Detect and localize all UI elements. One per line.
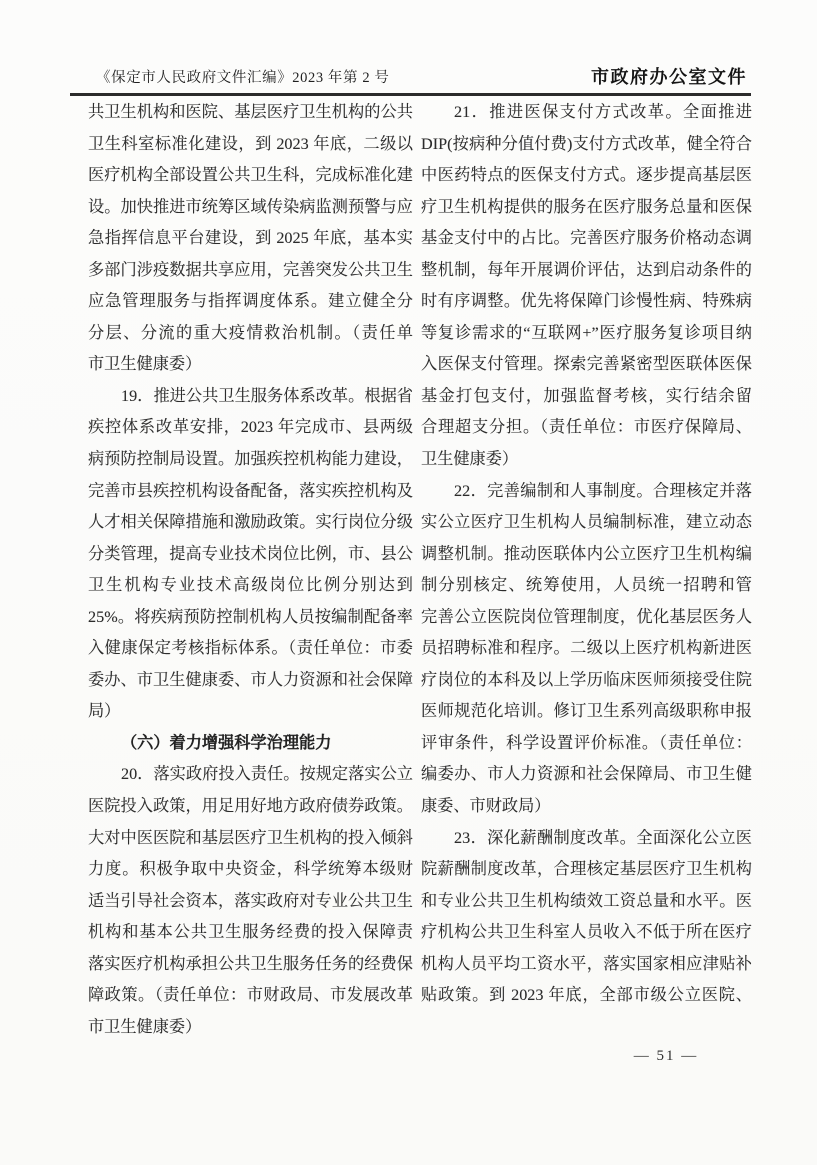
text-line: 编委办、市人力资源和社会保障局、市卫生健 (421, 759, 752, 791)
text-line: DIP(按病种分值付费)支付方式改革，健全符合 (421, 129, 752, 161)
text-line: 员招聘标准和程序。二级以上医疗机构新进医 (421, 633, 752, 665)
text-line: 入医保支付管理。探索完善紧密型医联体医保 (421, 349, 752, 381)
text-line: 等复诊需求的“互联网+”医疗服务复诊项目纳 (421, 318, 752, 350)
text-line: 中医药特点的医保支付方式。逐步提高基层医 (421, 160, 752, 192)
text-line: 21．推进医保支付方式改革。全面推进 (421, 97, 752, 129)
text-line: 大对中医医院和基层医疗卫生机构的投入倾斜 (88, 823, 413, 855)
text-line: 机构人员平均工资水平，落实国家相应津贴补 (421, 949, 752, 981)
right-column: 21．推进医保支付方式改革。全面推进DIP(按病种分值付费)支付方式改革，健全符… (421, 97, 752, 1012)
text-line: 落实医疗机构承担公共卫生服务任务的经费保 (88, 949, 413, 981)
text-line: 合理超支分担。（责任单位：市医疗保障局、市 (421, 412, 752, 444)
text-line: 分层、分流的重大疫情救治机制。（责任单位： (88, 318, 413, 350)
text-line: 完善公立医院岗位管理制度，优化基层医务人 (421, 602, 752, 634)
text-line: 调整机制。推动医联体内公立医疗卫生机构编 (421, 539, 752, 571)
left-column: 共卫生机构和医院、基层医疗卫生机构的公共卫生科室标准化建设，到 2023 年底，… (88, 97, 413, 1043)
section-heading: （六）着力增强科学治理能力 (88, 728, 413, 760)
header-document-type: 市政府办公室文件 (591, 63, 747, 89)
text-line: 局） (88, 696, 413, 728)
text-line: 制分别核定、统筹使用，人员统一招聘和管理。 (421, 570, 752, 602)
text-line: 时有序调整。优先将保障门诊慢性病、特殊病 (421, 286, 752, 318)
text-line: 分类管理，提高专业技术岗位比例，市、县公共 (88, 539, 413, 571)
text-line: 23．深化薪酬制度改革。全面深化公立医 (421, 823, 752, 855)
text-line: 医院投入政策，用足用好地方政府债券政策。加 (88, 791, 413, 823)
text-line: 康委、市财政局） (421, 791, 752, 823)
text-line: 卫生机构专业技术高级岗位比例分别达到 35%、 (88, 570, 413, 602)
text-line: 应急管理服务与指挥调度体系。建立健全分级、 (88, 286, 413, 318)
text-line: 贴政策。到 2023 年底，全部市级公立医院、50% (421, 980, 752, 1012)
text-line: 人才相关保障措施和激励政策。实行岗位分级 (88, 507, 413, 539)
text-line: 疗岗位的本科及以上学历临床医师须接受住院 (421, 665, 752, 697)
text-line: 基金打包支付，加强监督考核，实行结余留用、 (421, 381, 752, 413)
text-line: 疗机构公共卫生科室人员收入不低于所在医疗 (421, 917, 752, 949)
text-line: 实公立医疗卫生机构人员编制标准，建立动态 (421, 507, 752, 539)
text-line: 医疗机构全部设置公共卫生科，完成标准化建 (88, 160, 413, 192)
text-line: 障政策。（责任单位：市财政局、市发展改革委、 (88, 980, 413, 1012)
header-publication-title: 《保定市人民政府文件汇编》2023 年第 2 号 (96, 66, 390, 87)
header-rule (70, 93, 751, 96)
text-line: 22．完善编制和人事制度。合理核定并落 (421, 476, 752, 508)
text-line: 急指挥信息平台建设，到 2025 年底，基本实现 (88, 223, 413, 255)
text-line: 疗卫生机构提供的服务在医疗服务总量和医保 (421, 192, 752, 224)
text-line: 适当引导社会资本，落实政府对专业公共卫生 (88, 886, 413, 918)
text-line: 19．推进公共卫生服务体系改革。根据省 (88, 381, 413, 413)
text-line: 多部门涉疫数据共享应用，完善突发公共卫生 (88, 255, 413, 287)
text-line: 25%。将疾病预防控制机构人员按编制配备率纳 (88, 602, 413, 634)
text-line: 基金支付中的占比。完善医疗服务价格动态调 (421, 223, 752, 255)
text-line: 机构和基本公共卫生服务经费的投入保障责任， (88, 917, 413, 949)
text-line: 力度。积极争取中央资金，科学统筹本级财力， (88, 854, 413, 886)
page-number: — 51 — (596, 1048, 736, 1065)
text-line: 疾控体系改革安排，2023 年完成市、县两级疾 (88, 412, 413, 444)
text-line: 评审条件，科学设置评价标准。（责任单位：市委 (421, 728, 752, 760)
text-line: 市卫生健康委） (88, 349, 413, 381)
text-line: 院薪酬制度改革，合理核定基层医疗卫生机构 (421, 854, 752, 886)
text-line: 设。加快推进市统筹区域传染病监测预警与应 (88, 192, 413, 224)
text-line: 医师规范化培训。修订卫生系列高级职称申报 (421, 696, 752, 728)
text-line: 入健康保定考核指标体系。（责任单位：市委编 (88, 633, 413, 665)
text-line: 20．落实政府投入责任。按规定落实公立 (88, 759, 413, 791)
text-line: 委办、市卫生健康委、市人力资源和社会保障 (88, 665, 413, 697)
document-page: 《保定市人民政府文件汇编》2023 年第 2 号 市政府办公室文件 共卫生机构和… (0, 0, 817, 1165)
text-line: 和专业公共卫生机构绩效工资总量和水平。医 (421, 886, 752, 918)
text-line: 整机制，每年开展调价评估，达到启动条件的及 (421, 255, 752, 287)
text-line: 共卫生机构和医院、基层医疗卫生机构的公共 (88, 97, 413, 129)
text-line: 卫生科室标准化建设，到 2023 年底，二级以上 (88, 129, 413, 161)
text-line: 市卫生健康委） (88, 1012, 413, 1044)
text-line: 完善市县疾控机构设备配备，落实疾控机构及 (88, 476, 413, 508)
text-line: 病预防控制局设置。加强疾控机构能力建设， (88, 444, 413, 476)
text-line: 卫生健康委） (421, 444, 752, 476)
